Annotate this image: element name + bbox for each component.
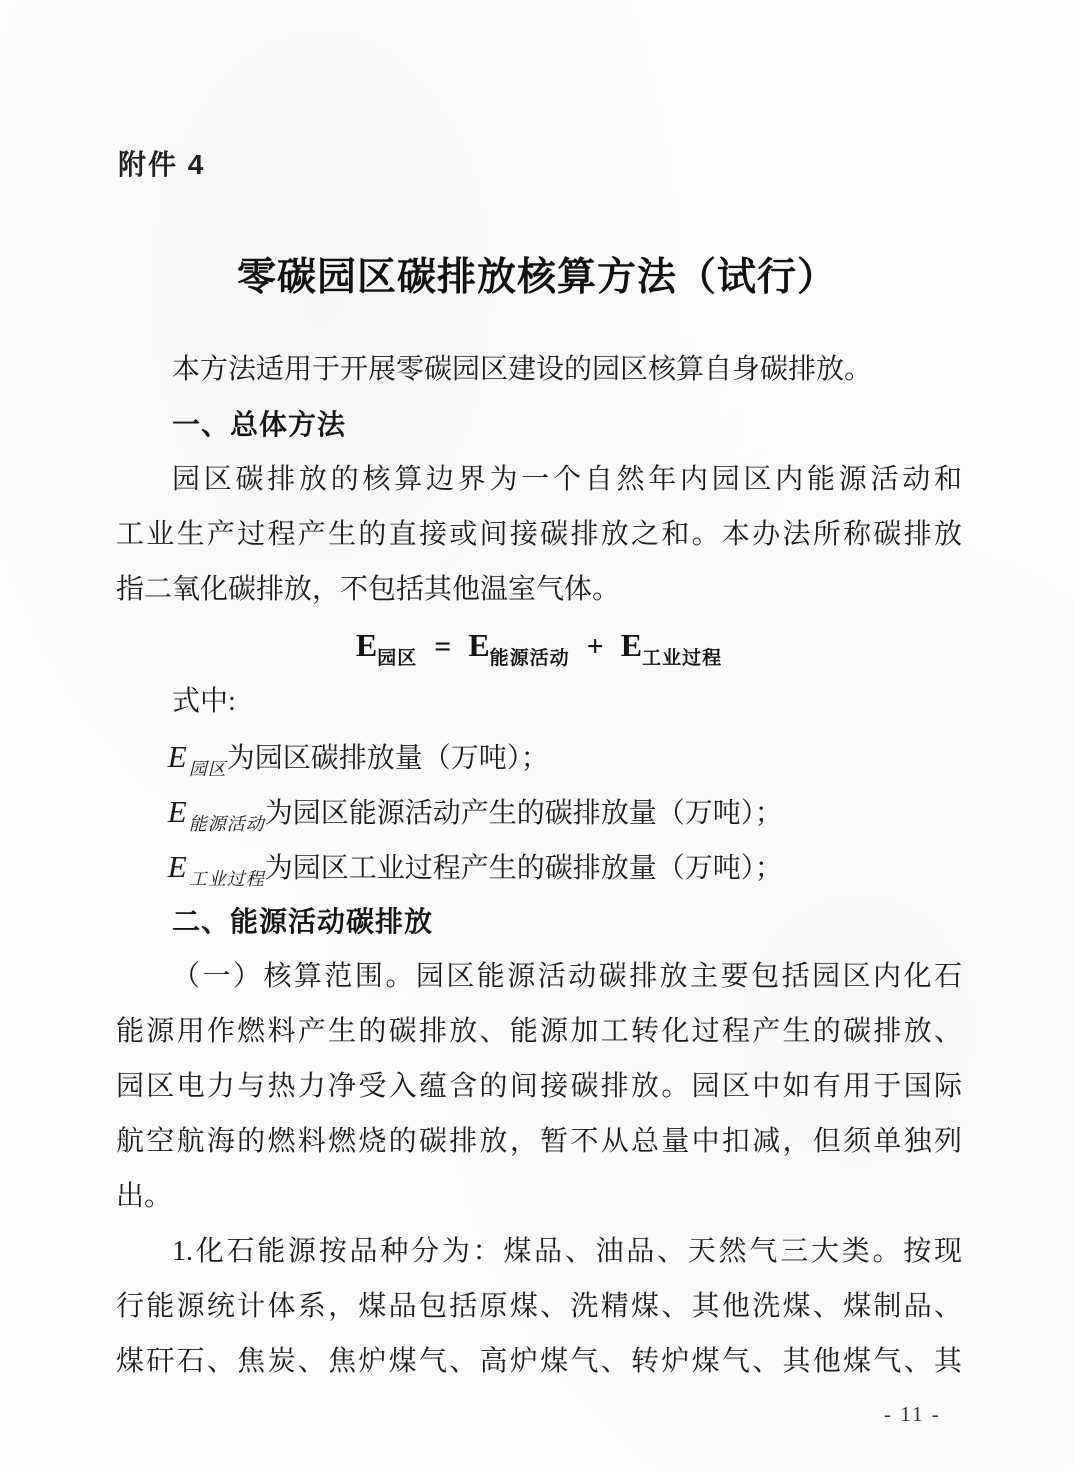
definition-line: E能源活动为园区能源活动产生的碳排放量（万吨）； — [116, 784, 1014, 839]
definition-line: E工业过程为园区工业过程产生的碳排放量（万吨）； — [116, 839, 1014, 894]
formula-term-subscript: 能源活动 — [490, 648, 570, 669]
paragraph-line: 工业生产过程产生的直接或间接碳排放之和。本办法所称碳排放 — [116, 507, 962, 562]
document-body: 本方法适用于开展零碳园区建设的园区核算自身碳排放。 一、总体方法 园区碳排放的核… — [116, 342, 962, 1389]
paragraph-line: 行能源统计体系，煤品包括原煤、洗精煤、其他洗煤、煤制品、 — [116, 1279, 962, 1334]
paragraph-line: （一）核算范围。园区能源活动碳排放主要包括园区内化石 — [116, 949, 962, 1004]
definition-symbol: E — [168, 739, 189, 774]
formula-term-base: E — [621, 627, 642, 663]
section1-heading: 一、总体方法 — [116, 397, 1018, 452]
paragraph-line: 指二氧化碳排放，不包括其他温室气体。 — [116, 562, 962, 617]
plus-operator: + — [577, 630, 614, 663]
formula-term-base: E — [356, 627, 377, 663]
definition-line: E园区为园区碳排放量（万吨）； — [116, 729, 1014, 784]
paragraph-line: 园区电力与热力净受入蕴含的间接碳排放。园区中如有用于国际 — [116, 1059, 962, 1114]
scanned-document-page: 附件 4 零碳园区碳排放核算方法（试行） 本方法适用于开展零碳园区建设的园区核算… — [0, 0, 1074, 1471]
emission-formula: E园区 = E能源活动 + E工业过程 — [116, 617, 962, 674]
paragraph-line: 航空航海的燃料燃烧的碳排放，暂不从总量中扣减，但须单独列 — [116, 1114, 962, 1169]
document-title: 零碳园区碳排放核算方法（试行） — [0, 246, 1074, 302]
paragraph-line: 出。 — [116, 1169, 962, 1224]
where-label: 式中: — [116, 674, 1018, 729]
formula-term-subscript: 园区 — [377, 648, 417, 669]
intro-paragraph: 本方法适用于开展零碳园区建设的园区核算自身碳排放。 — [116, 342, 962, 397]
definition-symbol: E — [168, 849, 189, 884]
definition-subscript: 能源活动 — [189, 814, 265, 834]
paragraph-line: 能源用作燃料产生的碳排放、能源加工转化过程产生的碳排放、 — [116, 1004, 962, 1059]
paragraph-line: 煤矸石、焦炭、焦炉煤气、高炉煤气、转炉煤气、其他煤气、其 — [116, 1334, 962, 1389]
definition-subscript: 工业过程 — [189, 869, 265, 889]
definition-text: 为园区工业过程产生的碳排放量（万吨）； — [265, 853, 783, 884]
formula-term-subscript: 工业过程 — [642, 648, 722, 669]
page-number: - 11 - — [884, 1402, 941, 1427]
paragraph-line: 1.化石能源按品种分为：煤品、油品、天然气三大类。按现 — [116, 1224, 962, 1279]
paragraph-line: 园区碳排放的核算边界为一个自然年内园区内能源活动和 — [116, 452, 962, 507]
definition-symbol: E — [168, 794, 189, 829]
definition-text: 为园区碳排放量（万吨）； — [227, 743, 549, 774]
definition-subscript: 园区 — [189, 759, 227, 779]
section2-heading: 二、能源活动碳排放 — [116, 894, 1018, 949]
equals-operator: = — [424, 630, 461, 663]
formula-term-base: E — [468, 627, 489, 663]
attachment-label: 附件 4 — [118, 143, 205, 183]
definition-text: 为园区能源活动产生的碳排放量（万吨）； — [265, 798, 783, 829]
